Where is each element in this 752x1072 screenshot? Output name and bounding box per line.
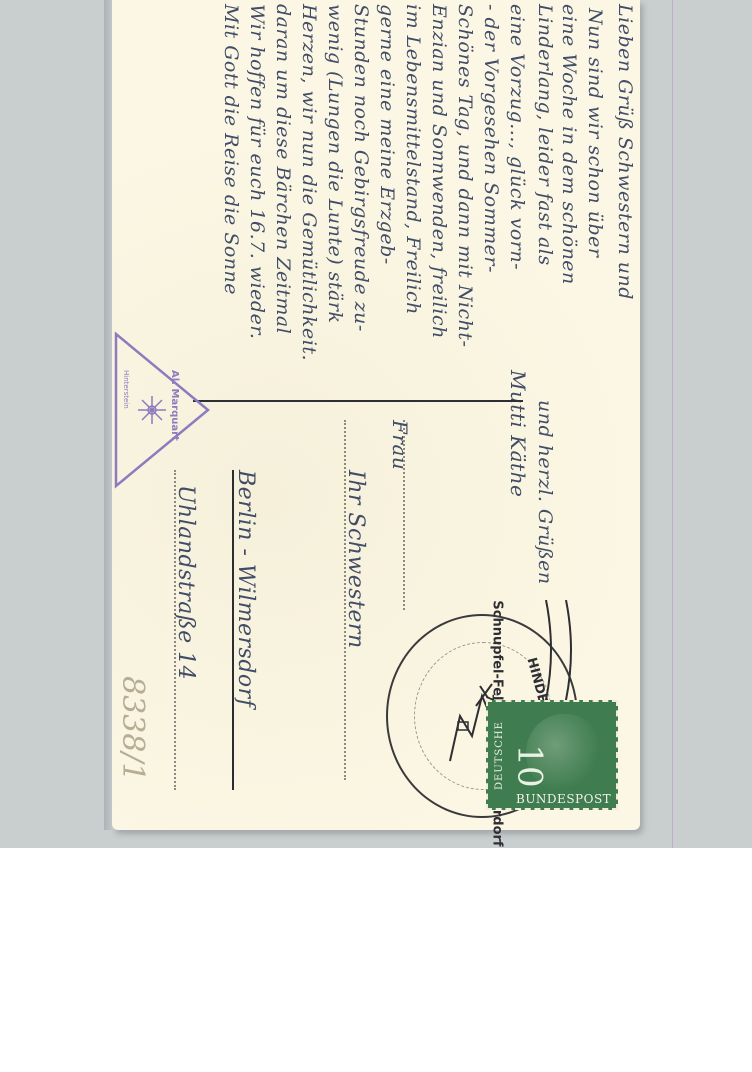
message-line: eine Woche in dem schönen [558,4,580,285]
closing-line: Mutti Käthe [506,370,530,497]
address-city: Berlin - Wilmersdorf [233,470,258,707]
message-line: gerne eine meine Erzgeb- [376,4,398,265]
message-line: Schönes Tag, und dann mit Nicht- [454,4,476,347]
scan-edge-line [672,0,673,848]
message-line: im Lebensmittelstand, Freilich [402,4,424,315]
pencil-inventory-number: 8338/1 [115,676,150,782]
address-recipient: Ihr Schwestern [343,470,368,649]
violet-hand-stamp: Al. Marquart Hinterstein [112,330,212,490]
message-line: Nun sind wir schon über [584,8,606,257]
stamp-value: 10 [510,744,550,787]
stamp-country: DEUTSCHE [494,710,510,802]
message-line: wenig (Lungen die Lunte) stärk [324,4,346,323]
closing-line: und herzl. Grüßen [534,400,556,585]
message-line: - der Vorgesehen Sommer- [480,4,502,273]
card-edge-shadow [104,0,112,830]
message-line: Wir hoffen für euch 16.7. wieder. [246,4,268,339]
svg-text:Hinterstein: Hinterstein [122,370,130,409]
message-line: Mit Gott die Reise die Sonne [220,4,242,295]
svg-text:Al. Marquart: Al. Marquart [169,370,180,441]
postage-stamp: DEUTSCHE 10 BUNDESPOST [486,700,618,810]
message-line: Herzen, wir nun die Gemütlichkeit. [298,4,320,361]
address-prefix: Frau [388,420,412,470]
message-line: Stunden noch Gebirgsfreude zu- [350,4,372,332]
message-line: Linderlang, leider fast als [534,4,556,266]
message-line: daran um diese Bärchen Zeitmal [272,4,294,334]
message-line: Enzian und Sonnwenden, freilich [428,4,450,339]
address-street: Uhlandstraße 14 [173,485,198,680]
message-line: Lieben Grüß Schwestern und [614,4,636,300]
stamp-issuer: BUNDESPOST [516,792,611,806]
message-line: eine Vorzug..., glück vorn- [506,4,528,270]
message-address-divider [193,400,523,402]
